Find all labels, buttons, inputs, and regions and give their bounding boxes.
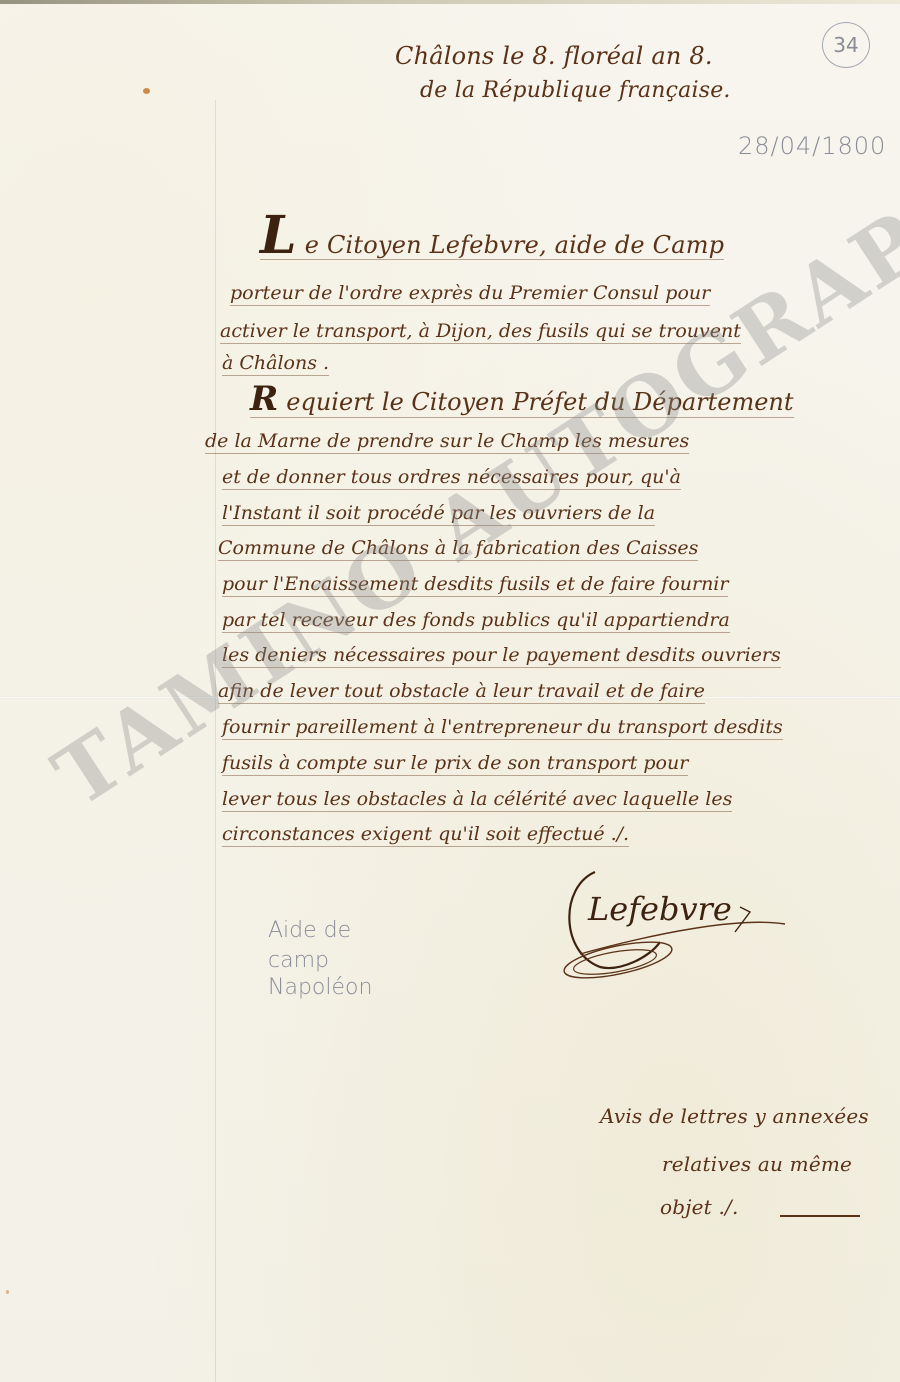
requiert-line: Requiert le Citoyen Préfet du Départemen… bbox=[250, 388, 794, 418]
pencil-date: 28/04/1800 bbox=[738, 132, 886, 160]
footnote-line: objet ./. bbox=[660, 1195, 739, 1219]
body-line: de la Marne de prendre sur le Champ les … bbox=[205, 430, 689, 454]
body-line: par tel receveur des fonds publics qu'il… bbox=[222, 609, 730, 633]
body-line: pour l'Encaissement desdits fusils et de… bbox=[222, 573, 728, 597]
pencil-note-line: Napoléon bbox=[268, 975, 372, 1000]
salutation-text: e Citoyen Lefebvre, aide de Camp bbox=[305, 231, 724, 259]
pencil-note-line: camp bbox=[268, 948, 329, 973]
body-line: circonstances exigent qu'il soit effectu… bbox=[222, 823, 629, 847]
body-line: et de donner tous ordres nécessaires pou… bbox=[222, 466, 681, 490]
body-line: fusils à compte sur le prix de son trans… bbox=[222, 752, 688, 776]
folio-number: 34 bbox=[822, 22, 870, 68]
requiert-initial: R bbox=[250, 379, 278, 419]
body-line: porteur de l'ordre exprès du Premier Con… bbox=[230, 282, 710, 306]
signature-text: Lefebvre bbox=[588, 890, 732, 928]
foxing-spot bbox=[6, 1290, 9, 1294]
body-line: l'Instant il soit procédé par les ouvrie… bbox=[222, 502, 655, 526]
body-line: afin de lever tout obstacle à leur trava… bbox=[218, 680, 705, 704]
body-line: activer le transport, à Dijon, des fusil… bbox=[220, 320, 741, 344]
body-line: à Châlons . bbox=[222, 352, 329, 376]
folio-number-text: 34 bbox=[833, 33, 858, 57]
paper-top-edge bbox=[0, 0, 900, 4]
header-place-date: Châlons le 8. floréal an 8. bbox=[395, 42, 713, 70]
signature: Lefebvre bbox=[540, 862, 800, 982]
pencil-note-line: Aide de bbox=[268, 918, 351, 943]
body-line: les deniers nécessaires pour le payement… bbox=[222, 644, 781, 668]
footnote-line: Avis de lettres y annexées bbox=[600, 1104, 869, 1128]
margin-rule bbox=[215, 100, 216, 1382]
foxing-spot bbox=[143, 88, 150, 94]
body-line: lever tous les obstacles à la célérité a… bbox=[222, 788, 732, 812]
header-republic: de la République française. bbox=[420, 78, 731, 103]
body-line: Commune de Châlons à la fabrication des … bbox=[218, 537, 698, 561]
footnote-line: relatives au même bbox=[662, 1152, 852, 1176]
salutation-initial: L bbox=[260, 205, 297, 266]
salutation: Le Citoyen Lefebvre, aide de Camp bbox=[260, 220, 724, 260]
requiert-text: equiert le Citoyen Préfet du Département bbox=[286, 388, 793, 416]
footnote-dash bbox=[780, 1215, 860, 1217]
body-line: fournir pareillement à l'entrepreneur du… bbox=[222, 716, 783, 740]
